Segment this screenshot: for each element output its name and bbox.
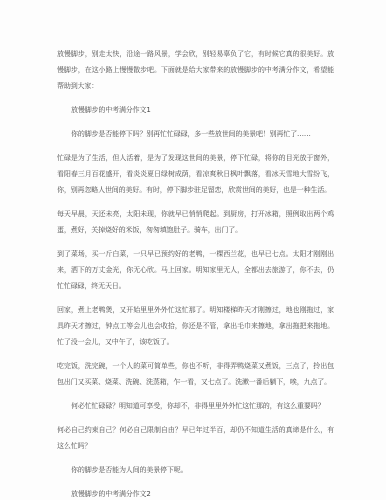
document-page: 放慢脚步，别走太快，沿途一路风景，学会欣，别轻易辜负了它，有时候它真的很美好。放… bbox=[0, 0, 386, 500]
body-paragraph: 回家，煮上老鸭煲，又开始里里外外忙这忙那了。明知楼梯昨天才刚擦过，地也刚拖过，家… bbox=[57, 302, 334, 350]
essay-heading-2: 放慢脚步的中考满分作文2 bbox=[57, 486, 334, 500]
body-paragraph: 到了菜场，买一斤白菜，一只早已预约好的老鸭，一棵西兰花，也早已七点。太阳才刚刚出… bbox=[57, 246, 334, 294]
rhetorical-question-line: 何必忙忙碌碌？明知道可享受，你却不，非得里里外外忙这忙那的，有这么重要吗？ bbox=[57, 398, 334, 414]
body-paragraph: 吃完饭，洗完碗，一个人的菜可简单些，你也不听，非得弄鸭烧菜又煮饭，三点了，拎出包… bbox=[57, 358, 334, 390]
essay-opening-line: 你的脚步是否能停下吗？别再忙忙碌碌，多一些放世间的美景吧！别再忙了…… bbox=[57, 126, 334, 142]
essay-heading-1: 放慢脚步的中考满分作文1 bbox=[57, 102, 334, 118]
body-paragraph: 每天早晨，天还未亮，太阳未现，你就早已悄悄爬起。到厨房，打开冰箱，照例取出两个鸡… bbox=[57, 206, 334, 238]
body-paragraph: 忙碌是为了生活，但人活着，是为了发现这世间的美景，停下忙碌，将你的目光放于窗外，… bbox=[57, 150, 334, 198]
body-paragraph: 何必自己约束自己？何必自己限制自由？早已年过半百，却仍不知道生活的真谛是什么，有… bbox=[57, 422, 334, 454]
intro-paragraph: 放慢脚步，别走太快，沿途一路风景，学会欣，别轻易辜负了它，有时候它真的很美好。放… bbox=[57, 46, 334, 94]
essay-text-block: 放慢脚步，别走太快，沿途一路风景，学会欣，别轻易辜负了它，有时候它真的很美好。放… bbox=[57, 46, 334, 500]
closing-line: 你的脚步是否能为人间的美景停下呢。 bbox=[57, 462, 334, 478]
